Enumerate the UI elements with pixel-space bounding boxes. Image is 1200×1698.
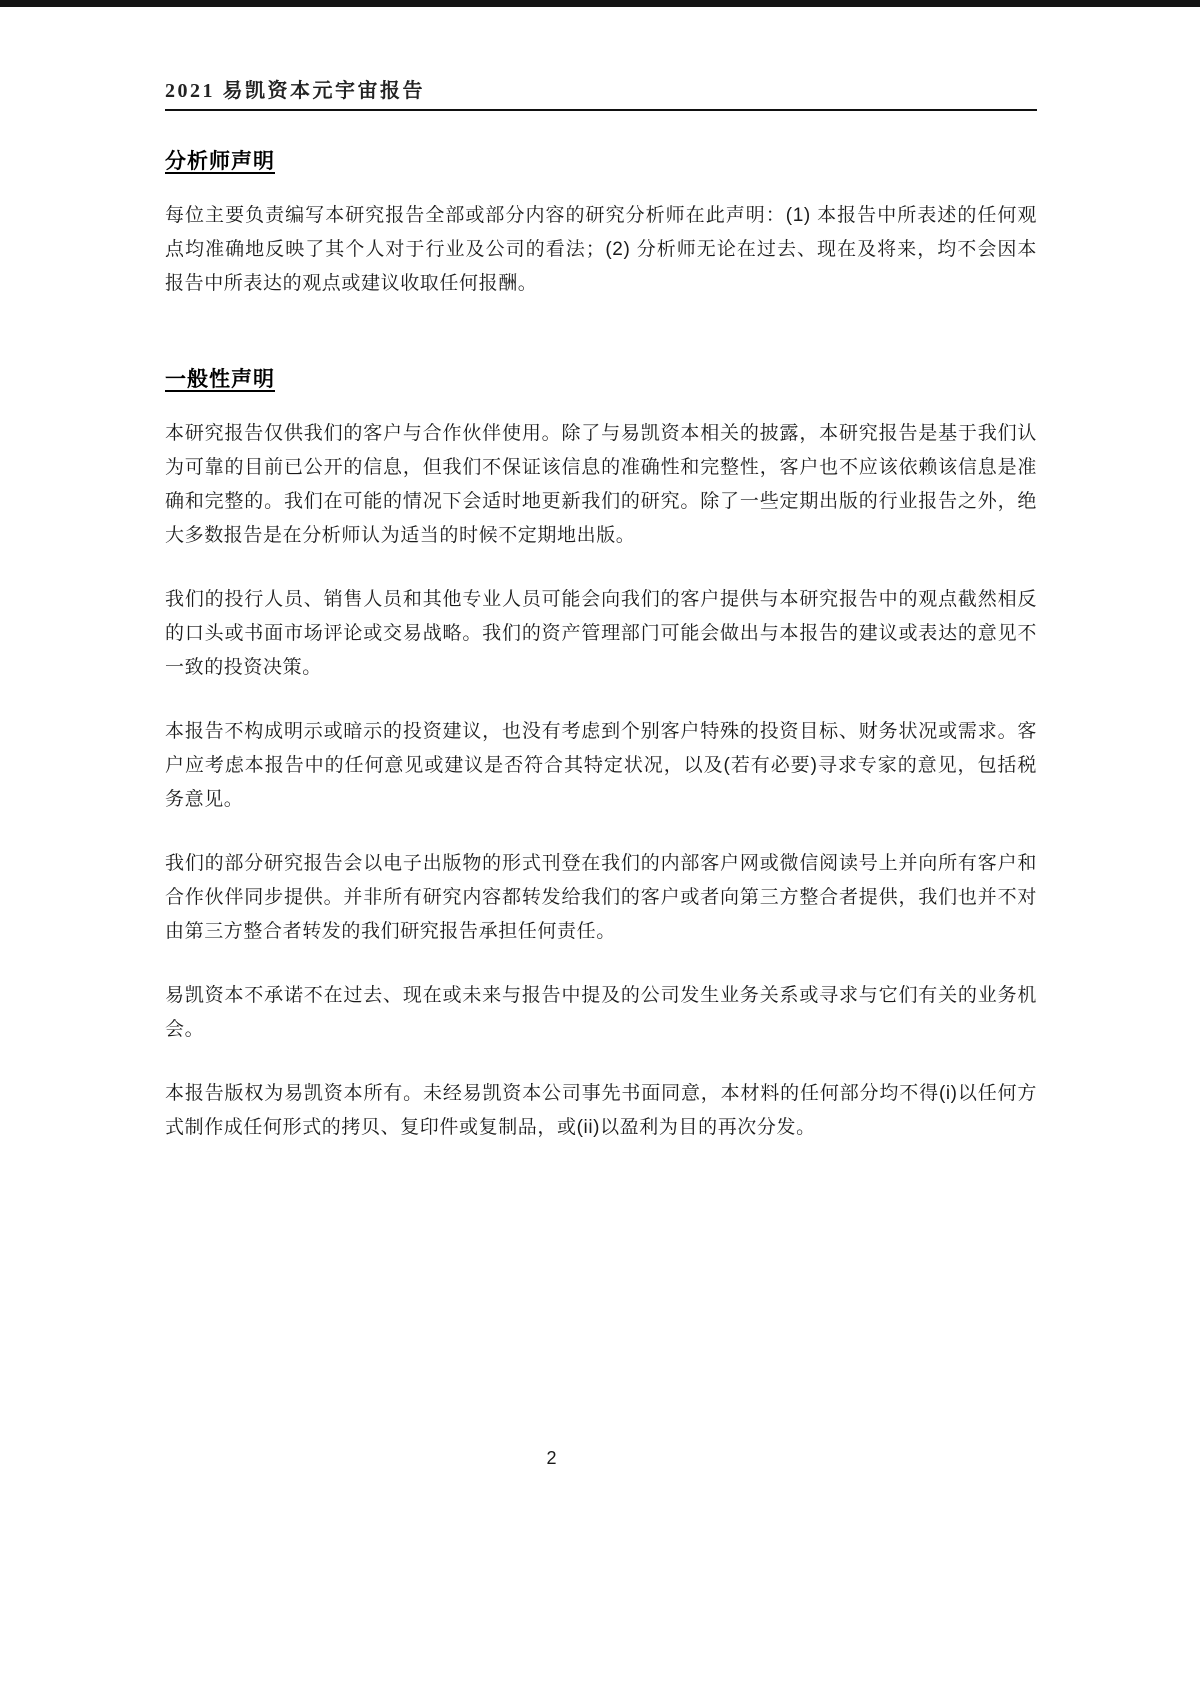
paragraph-copyright: 本报告版权为易凯资本所有。未经易凯资本公司事先书面同意，本材料的任何部分均不得(…: [165, 1077, 1037, 1145]
paragraph-analyst-declaration: 每位主要负责编写本研究报告全部或部分内容的研究分析师在此声明：(1) 本报告中所…: [165, 199, 1037, 301]
analyst-statement-body: 每位主要负责编写本研究报告全部或部分内容的研究分析师在此声明：(1) 本报告中所…: [165, 199, 1037, 301]
header-divider: [165, 109, 1037, 111]
paragraph-report-usage: 本研究报告仅供我们的客户与合作伙伴使用。除了与易凯资本相关的披露，本研究报告是基…: [165, 417, 1037, 553]
paragraph-conflicting-views: 我们的投行人员、销售人员和其他专业人员可能会向我们的客户提供与本研究报告中的观点…: [165, 583, 1037, 685]
general-statement-heading: 一般性声明: [165, 363, 1037, 393]
report-header: 2021 易凯资本元宇宙报告: [165, 78, 1037, 111]
section-general-statement: 一般性声明 本研究报告仅供我们的客户与合作伙伴使用。除了与易凯资本相关的披露，本…: [165, 363, 1037, 1145]
general-statement-body: 本研究报告仅供我们的客户与合作伙伴使用。除了与易凯资本相关的披露，本研究报告是基…: [165, 417, 1037, 1145]
paragraph-not-investment-advice: 本报告不构成明示或暗示的投资建议，也没有考虑到个别客户特殊的投资目标、财务状况或…: [165, 715, 1037, 817]
paragraph-business-relations: 易凯资本不承诺不在过去、现在或未来与报告中提及的公司发生业务关系或寻求与它们有关…: [165, 979, 1037, 1047]
document-page: 2021 易凯资本元宇宙报告 分析师声明 每位主要负责编写本研究报告全部或部分内…: [0, 0, 1200, 1698]
analyst-statement-heading: 分析师声明: [165, 145, 1037, 175]
page-number: 2: [0, 1448, 1103, 1469]
section-analyst-statement: 分析师声明 每位主要负责编写本研究报告全部或部分内容的研究分析师在此声明：(1)…: [165, 145, 1037, 301]
report-title: 2021 易凯资本元宇宙报告: [165, 78, 1037, 104]
paragraph-distribution-channels: 我们的部分研究报告会以电子出版物的形式刊登在我们的内部客户网或微信阅读号上并向所…: [165, 847, 1037, 949]
